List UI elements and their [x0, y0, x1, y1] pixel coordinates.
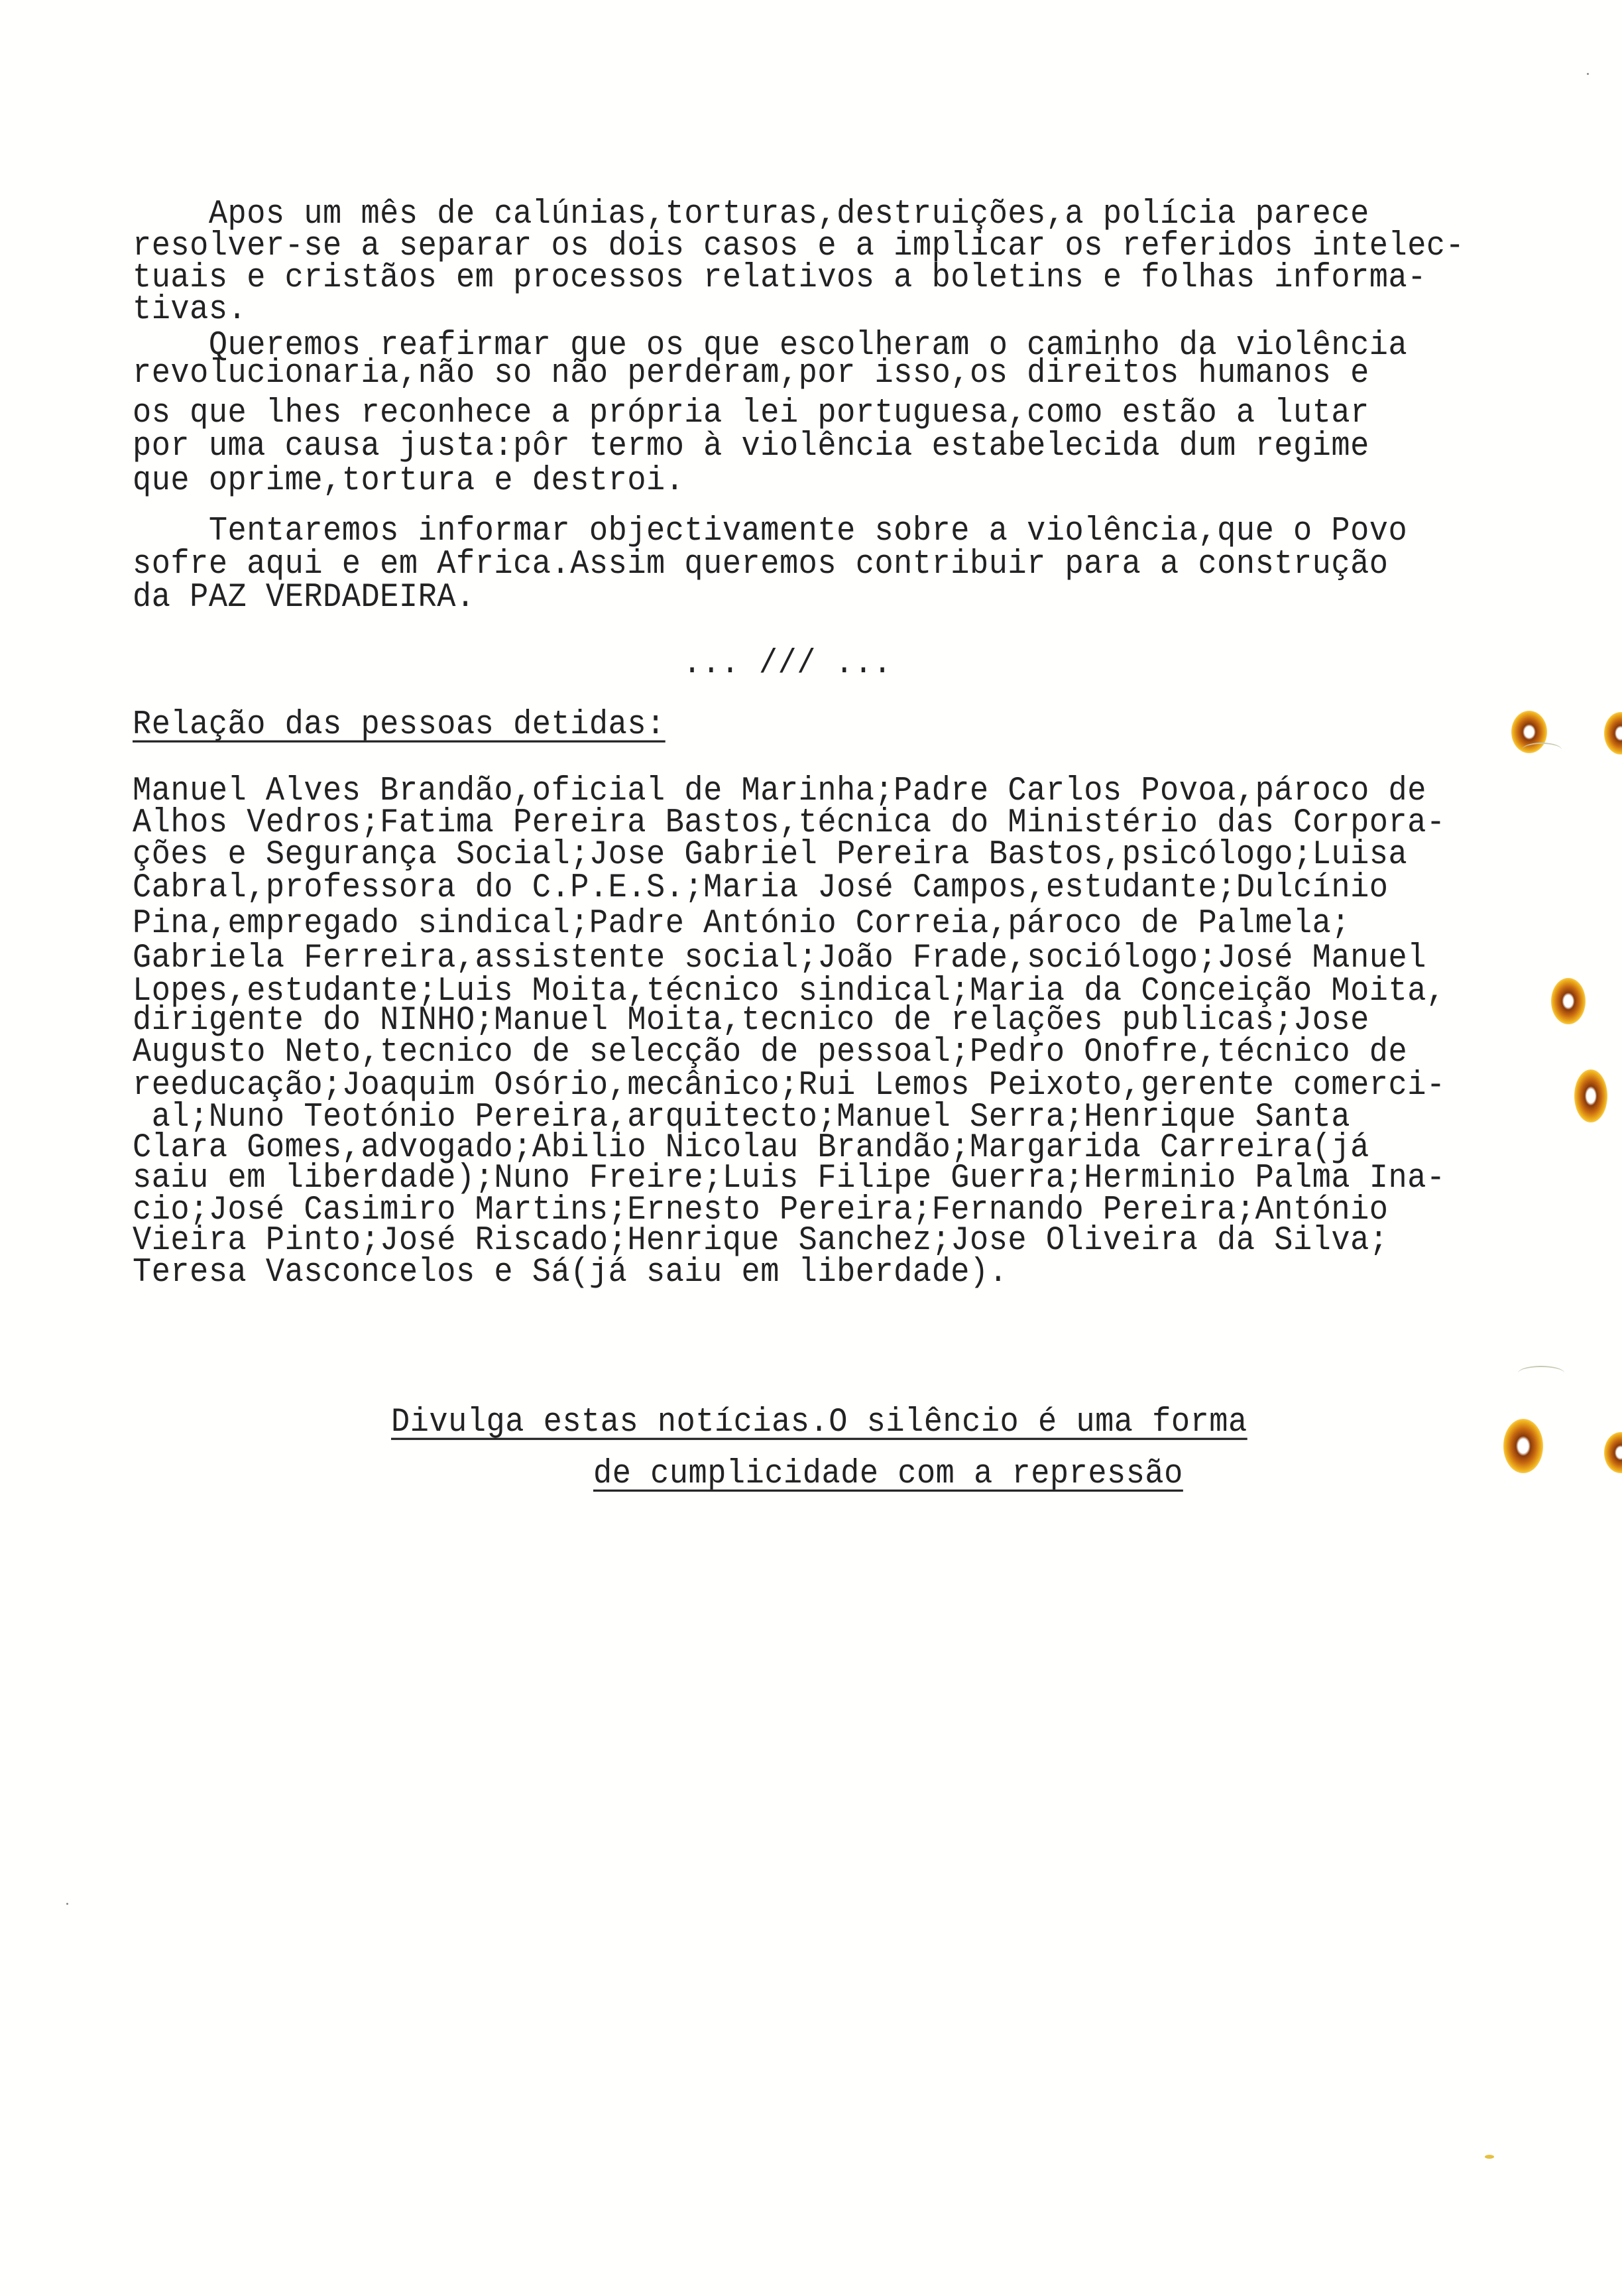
text-line: tuais e cristãos em processos relativos … — [133, 261, 1426, 296]
closing-line-1: Divulga estas notícias.O silêncio é uma … — [391, 1406, 1247, 1440]
typewritten-page: Apos um mês de calúnias,torturas,destrui… — [0, 0, 1622, 2296]
paper-speck — [66, 1903, 68, 1905]
text-line: tivas. — [133, 293, 247, 328]
text-line: por uma causa justa:pôr termo à violênci… — [133, 430, 1369, 464]
list-line: Gabriela Ferreira,assistente social;João… — [133, 941, 1426, 976]
text-line: os que lhes reconhece a própria lei port… — [133, 396, 1369, 431]
burn-stain — [1551, 978, 1586, 1024]
burn-stain — [1574, 1069, 1607, 1122]
text-line: da PAZ VERDADEIRA. — [133, 581, 475, 615]
list-line: ções e Segurança Social;Jose Gabriel Per… — [133, 838, 1407, 873]
list-line: Teresa Vasconcelos e Sá(já saiu em liber… — [133, 1256, 1008, 1290]
paper-crease — [1518, 1366, 1564, 1380]
burn-stain — [1604, 1432, 1622, 1473]
text-line: revolucionaria,não so não perderam,por i… — [133, 357, 1369, 391]
paper-speck — [1587, 73, 1589, 75]
burn-stain — [1604, 712, 1622, 755]
text-line: sofre aqui e em Africa.Assim queremos co… — [133, 548, 1389, 582]
paper-speck — [1485, 2155, 1494, 2159]
closing-line-2: de cumplicidade com a repressão — [593, 1457, 1183, 1492]
list-line: Cabral,professora do C.P.E.S.;Maria José… — [133, 871, 1389, 906]
burn-stain — [1503, 1419, 1543, 1473]
section-separator: ... /// ... — [683, 647, 892, 682]
text-line: Tentaremos informar objectivamente sobre… — [133, 514, 1407, 549]
text-line: que oprime,tortura e destroi. — [133, 464, 684, 499]
list-line: Augusto Neto,tecnico de selecção de pess… — [133, 1036, 1407, 1070]
paper-crease — [1522, 743, 1562, 757]
detainees-heading: Relação das pessoas detidas: — [133, 708, 666, 743]
list-line: Pina,empregado sindical;Padre António Co… — [133, 907, 1350, 941]
